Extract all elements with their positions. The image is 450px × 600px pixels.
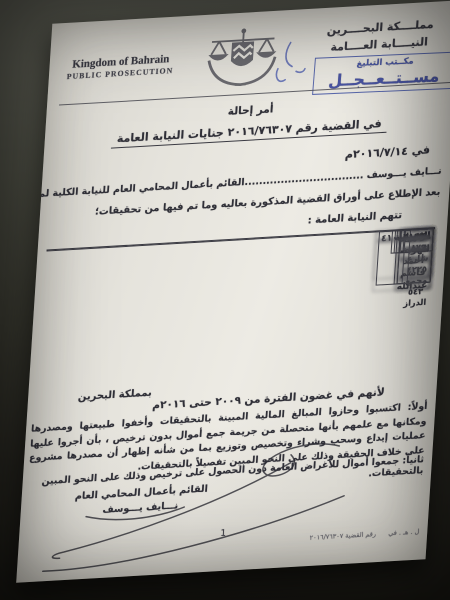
suspects-table: الاسم العمر العنوان المهنة الجنسية رقم ا… bbox=[47, 227, 435, 251]
letterhead-english: Kingdom of Bahrain PUBLIC PROSECUTION bbox=[67, 53, 175, 81]
accusation-lead-line: تتهم النيابة العامة : bbox=[307, 210, 402, 226]
date-line: في ٢٠١٦/٧/١٤م bbox=[345, 143, 431, 161]
photo-background: Kingdom of Bahrain PUBLIC PROSECUTION مم… bbox=[0, 0, 450, 600]
letterhead-arabic: مملــــكة البحــــرين النيــــابة العـــ… bbox=[303, 15, 450, 58]
cell-id-redacted: ▃▃▃▃▃▃▃▃▃ bbox=[372, 228, 434, 292]
document-paper: Kingdom of Bahrain PUBLIC PROSECUTION مم… bbox=[16, 0, 450, 583]
residence-line: بمملكة البحرين bbox=[78, 388, 153, 403]
handwritten-signature bbox=[22, 431, 364, 583]
